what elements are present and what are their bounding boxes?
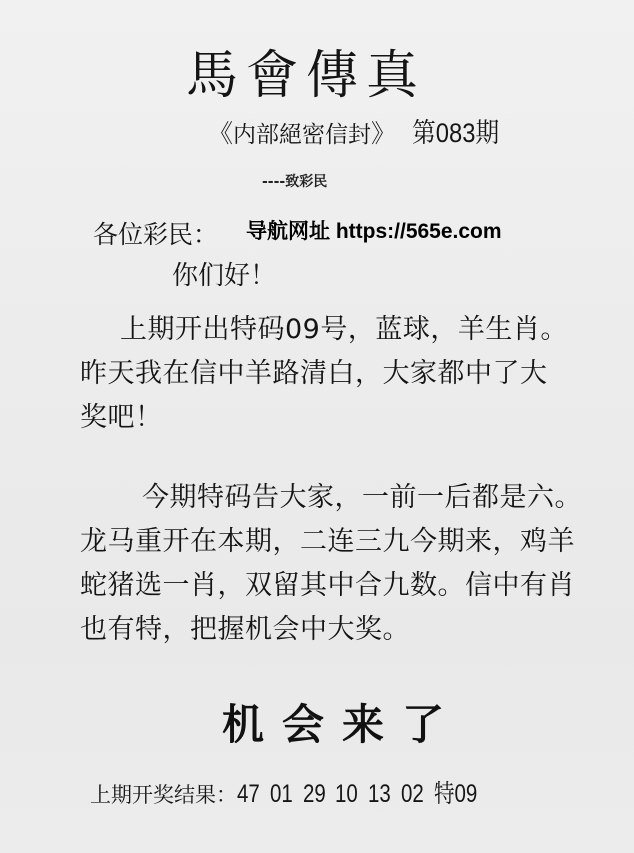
result-number: 02 <box>401 776 424 812</box>
close-bracket: 》 <box>371 119 396 148</box>
paragraph-line: 上期开出特码09号，蓝球，羊生肖。 <box>80 308 600 352</box>
result-number: 47 <box>237 776 260 812</box>
result-number: 01 <box>270 776 293 812</box>
page-title: 馬會傳真 <box>186 46 456 106</box>
result-number: 13 <box>368 776 391 812</box>
paragraph-line: 昨天我在信中羊路清白，大家都中了大 <box>80 352 600 396</box>
open-bracket: 《 <box>208 119 233 148</box>
paragraph-line: 奖吧！ <box>80 396 600 440</box>
paragraph-line: 蛇猪选一肖，双留其中合九数。信中有肖 <box>80 564 600 608</box>
greeting: 各位彩民： <box>93 219 218 251</box>
confidential-label: 内部絕密信封 <box>233 122 371 148</box>
nav-url-link[interactable]: 导航网址 https://565e.com <box>246 216 502 248</box>
result-number: 10 <box>335 776 358 812</box>
results-label: 上期开奖结果： <box>90 783 237 807</box>
paragraph-line: 今期特码告大家，一前一后都是六。 <box>80 476 600 520</box>
fax-letter-page: 馬會傳真 《内部絕密信封》第083期 ----致彩民 各位彩民： 导航网址 ht… <box>0 0 634 853</box>
paragraph-prediction: 今期特码告大家，一前一后都是六。 龙马重开在本期，二连三九今期来，鸡羊 蛇猪选一… <box>80 476 600 652</box>
issue-number: 第083期 <box>412 116 499 150</box>
signature: ----致彩民 <box>262 172 327 192</box>
paragraph-line: 龙马重开在本期，二连三九今期来，鸡羊 <box>80 520 600 564</box>
subtitle: 《内部絕密信封》第083期 <box>208 116 511 152</box>
special-number: 特09 <box>434 776 477 812</box>
last-results: 上期开奖结果：47 01 29 10 13 02 特09 <box>90 776 485 814</box>
paragraph-line: 也有特，把握机会中大奖。 <box>80 608 600 652</box>
result-number: 29 <box>303 776 326 812</box>
slogan: 机会来了 <box>222 696 462 754</box>
hello-text: 你们好！ <box>172 258 276 294</box>
paragraph-last-result: 上期开出特码09号，蓝球，羊生肖。 昨天我在信中羊路清白，大家都中了大 奖吧！ <box>80 308 600 440</box>
